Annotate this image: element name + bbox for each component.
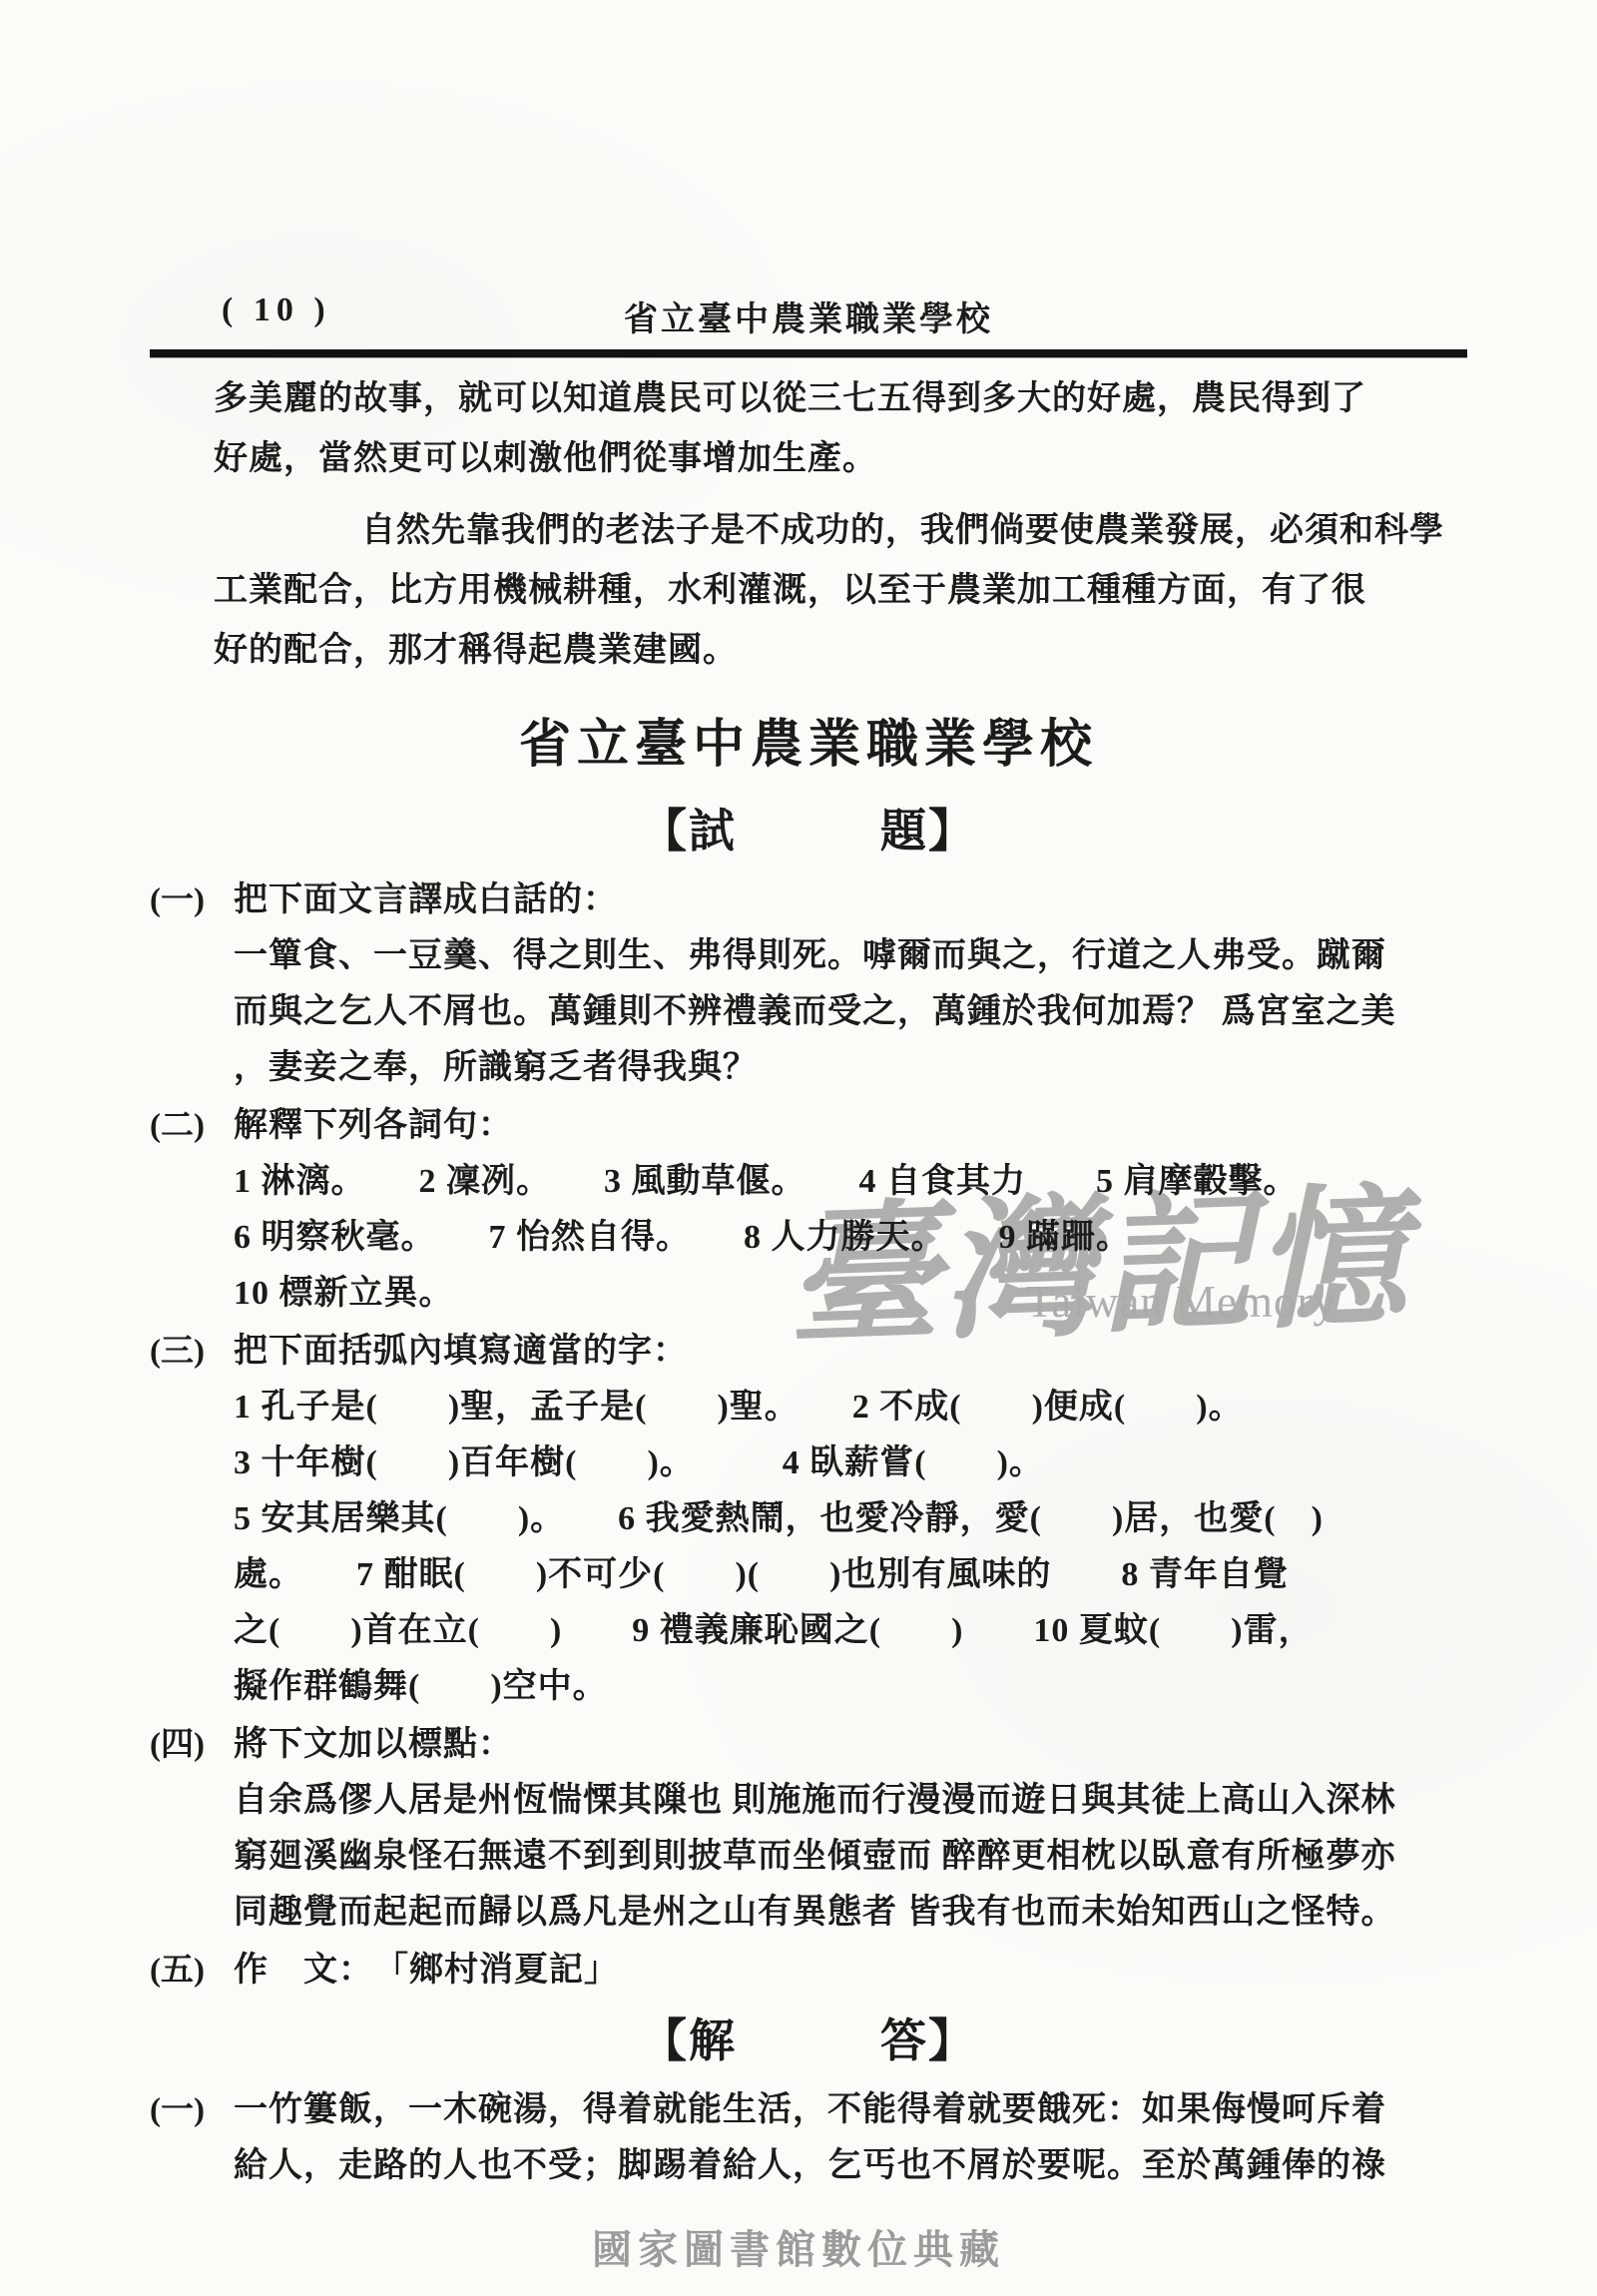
- question-body: 解釋下列各詞句： 1 淋漓。 2 凜冽。 3 風動草偃。 4 自食其力 5 肩摩…: [234, 1098, 1467, 1322]
- answer-label: (一): [150, 2082, 234, 2138]
- question-line: 1 孔子是( )聖，孟子是( )聖。 2 不成( )便成( )。: [234, 1380, 1467, 1435]
- question-item-5: (五) 作 文： 「鄉村消夏記」: [150, 1943, 1467, 1999]
- answer-item-1: (一) 一竹簍飯，一木碗湯，得着就能生活，不能得着就要餓死：如果侮慢呵斥着 給人…: [150, 2082, 1467, 2194]
- school-title: 省立臺中農業職業學校: [150, 707, 1467, 785]
- intro-paragraph-2: 自然先靠我們的老法子是不成功的，我們倘要使農業發展，必須和科學 工業配合，比方用…: [214, 501, 1467, 681]
- intro-paragraph-1: 多美麗的故事，就可以知道農民可以從三七五得到多大的好處，農民得到了 好處，當然更…: [214, 369, 1467, 489]
- question-line: 擬作群鶴舞( )空中。: [234, 1659, 1467, 1715]
- question-body: 將下文加以標點： 自余爲僇人居是州恆惴慄其隟也 則施施而行漫漫而遊日與其徒上高山…: [234, 1717, 1467, 1941]
- question-label: (四): [150, 1717, 234, 1773]
- question-line: ，妻妾之奉，所識窮乏者得我與？: [234, 1040, 1467, 1096]
- question-line: 而與之乞人不屑也。萬鍾則不辨禮義而受之，萬鍾於我何加焉？ 爲宮室之美: [234, 984, 1467, 1040]
- running-head-title: 省立臺中農業職業學校: [150, 291, 1467, 340]
- question-line: 自余爲僇人居是州恆惴慄其隟也 則施施而行漫漫而遊日與其徒上高山入深林: [234, 1773, 1467, 1829]
- answer-line: 一竹簍飯，一木碗湯，得着就能生活，不能得着就要餓死：如果侮慢呵斥着: [234, 2082, 1467, 2138]
- question-title: 將下文加以標點：: [234, 1717, 1467, 1773]
- intro-text-line: 自然先靠我們的老法子是不成功的，我們倘要使農業發展，必須和科學: [214, 501, 1467, 561]
- question-line: 同趣覺而起起而歸以爲凡是州之山有異態者 皆我有也而未始知西山之怪特。: [234, 1885, 1467, 1941]
- answer-body: 一竹簍飯，一木碗湯，得着就能生活，不能得着就要餓死：如果侮慢呵斥着 給人，走路的…: [234, 2082, 1467, 2194]
- question-line: 窮廻溪幽泉怪石無遠不到到則披草而坐傾壺而 醉醉更相枕以臥意有所極夢亦: [234, 1829, 1467, 1885]
- question-line: 之( )首在立( ) 9 禮義廉恥國之( ) 10 夏蚊( )雷，: [234, 1603, 1467, 1659]
- question-line: 6 明察秋毫。 7 怡然自得。 8 人力勝天。 9 蹣跚。: [234, 1210, 1467, 1266]
- footer-archive-label: 國家圖書館數位典藏: [0, 2218, 1597, 2275]
- page-header: ( 10 ) 省立臺中農業職業學校: [150, 291, 1467, 343]
- question-line: 10 標新立異。: [234, 1266, 1467, 1322]
- page-content: ( 10 ) 省立臺中農業職業學校 多美麗的故事，就可以知道農民可以從三七五得到…: [150, 291, 1467, 2194]
- question-title: 解釋下列各詞句：: [234, 1098, 1467, 1154]
- question-line: 5 安其居樂其( )。 6 我愛熱鬧，也愛冷靜，愛( )居，也愛( ): [234, 1491, 1467, 1547]
- question-label: (三): [150, 1324, 234, 1380]
- intro-text-line: 好的配合，那才稱得起農業建國。: [214, 621, 1467, 681]
- question-body: 作 文： 「鄉村消夏記」: [234, 1943, 1467, 1999]
- question-label: (二): [150, 1098, 234, 1154]
- intro-text-line: 多美麗的故事，就可以知道農民可以從三七五得到多大的好處，農民得到了: [214, 369, 1467, 429]
- question-item-3: (三) 把下面括弧內填寫適當的字： 1 孔子是( )聖，孟子是( )聖。 2 不…: [150, 1324, 1467, 1715]
- question-item-2: (二) 解釋下列各詞句： 1 淋漓。 2 凜冽。 3 風動草偃。 4 自食其力 …: [150, 1098, 1467, 1322]
- answer-list: (一) 一竹簍飯，一木碗湯，得着就能生活，不能得着就要餓死：如果侮慢呵斥着 給人…: [150, 2082, 1467, 2194]
- intro-text-line: 工業配合，比方用機械耕種，水利灌溉，以至于農業加工種種方面，有了很: [214, 561, 1467, 621]
- question-line: 處。 7 酣眠( )不可少( )( )也別有風味的 8 青年自覺: [234, 1547, 1467, 1603]
- question-label: (一): [150, 872, 234, 928]
- question-item-4: (四) 將下文加以標點： 自余爲僇人居是州恆惴慄其隟也 則施施而行漫漫而遊日與其…: [150, 1717, 1467, 1941]
- answers-section-heading: 【解 答】: [150, 2009, 1467, 2074]
- exam-section-heading: 【試 題】: [150, 799, 1467, 864]
- question-item-1: (一) 把下面文言譯成白話的： 一簞食、一豆羹、得之則生、弗得則死。嘑爾而與之，…: [150, 872, 1467, 1096]
- page-number: ( 10 ): [222, 291, 331, 329]
- question-line: 1 淋漓。 2 凜冽。 3 風動草偃。 4 自食其力 5 肩摩轂擊。: [234, 1154, 1467, 1210]
- question-line: 3 十年樹( )百年樹( )。 4 臥薪嘗( )。: [234, 1435, 1467, 1491]
- question-label: (五): [150, 1943, 234, 1999]
- question-line: 一簞食、一豆羹、得之則生、弗得則死。嘑爾而與之，行道之人弗受。蹴爾: [234, 928, 1467, 984]
- question-title: 把下面文言譯成白話的：: [234, 872, 1467, 928]
- question-list: (一) 把下面文言譯成白話的： 一簞食、一豆羹、得之則生、弗得則死。嘑爾而與之，…: [150, 872, 1467, 1999]
- question-body: 把下面文言譯成白話的： 一簞食、一豆羹、得之則生、弗得則死。嘑爾而與之，行道之人…: [234, 872, 1467, 1096]
- question-body: 把下面括弧內填寫適當的字： 1 孔子是( )聖，孟子是( )聖。 2 不成( )…: [234, 1324, 1467, 1715]
- scanned-document-page: 臺灣記憶 Taiwan Memory ( 10 ) 省立臺中農業職業學校 多美麗…: [0, 0, 1597, 2296]
- question-title: 把下面括弧內填寫適當的字：: [234, 1324, 1467, 1380]
- answer-line: 給人，走路的人也不受；脚踢着給人，乞丐也不屑於要呢。至於萬鍾俸的祿: [234, 2138, 1467, 2194]
- intro-text-line: 好處，當然更可以刺激他們從事增加生產。: [214, 429, 1467, 489]
- header-divider-rule: [150, 349, 1467, 357]
- question-title: 作 文： 「鄉村消夏記」: [234, 1943, 1467, 1999]
